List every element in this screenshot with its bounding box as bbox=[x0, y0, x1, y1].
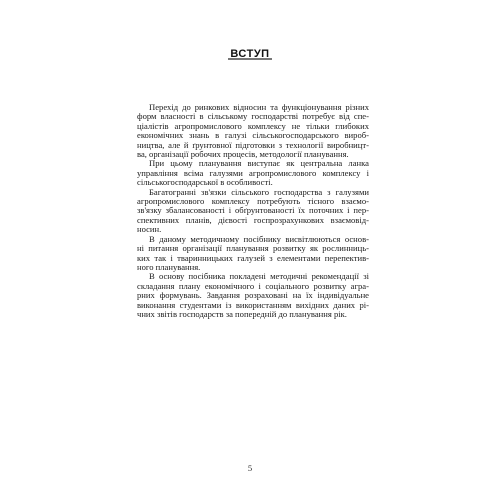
text-line: чних звітів господарств за попередній до… bbox=[137, 310, 369, 319]
title-underline bbox=[228, 58, 272, 60]
body-text: Перехід до ринкових відносин та функціон… bbox=[137, 103, 369, 319]
text-line: спективних планів, дієвості госпрозрахун… bbox=[137, 216, 369, 225]
page-number: 5 bbox=[245, 463, 255, 473]
